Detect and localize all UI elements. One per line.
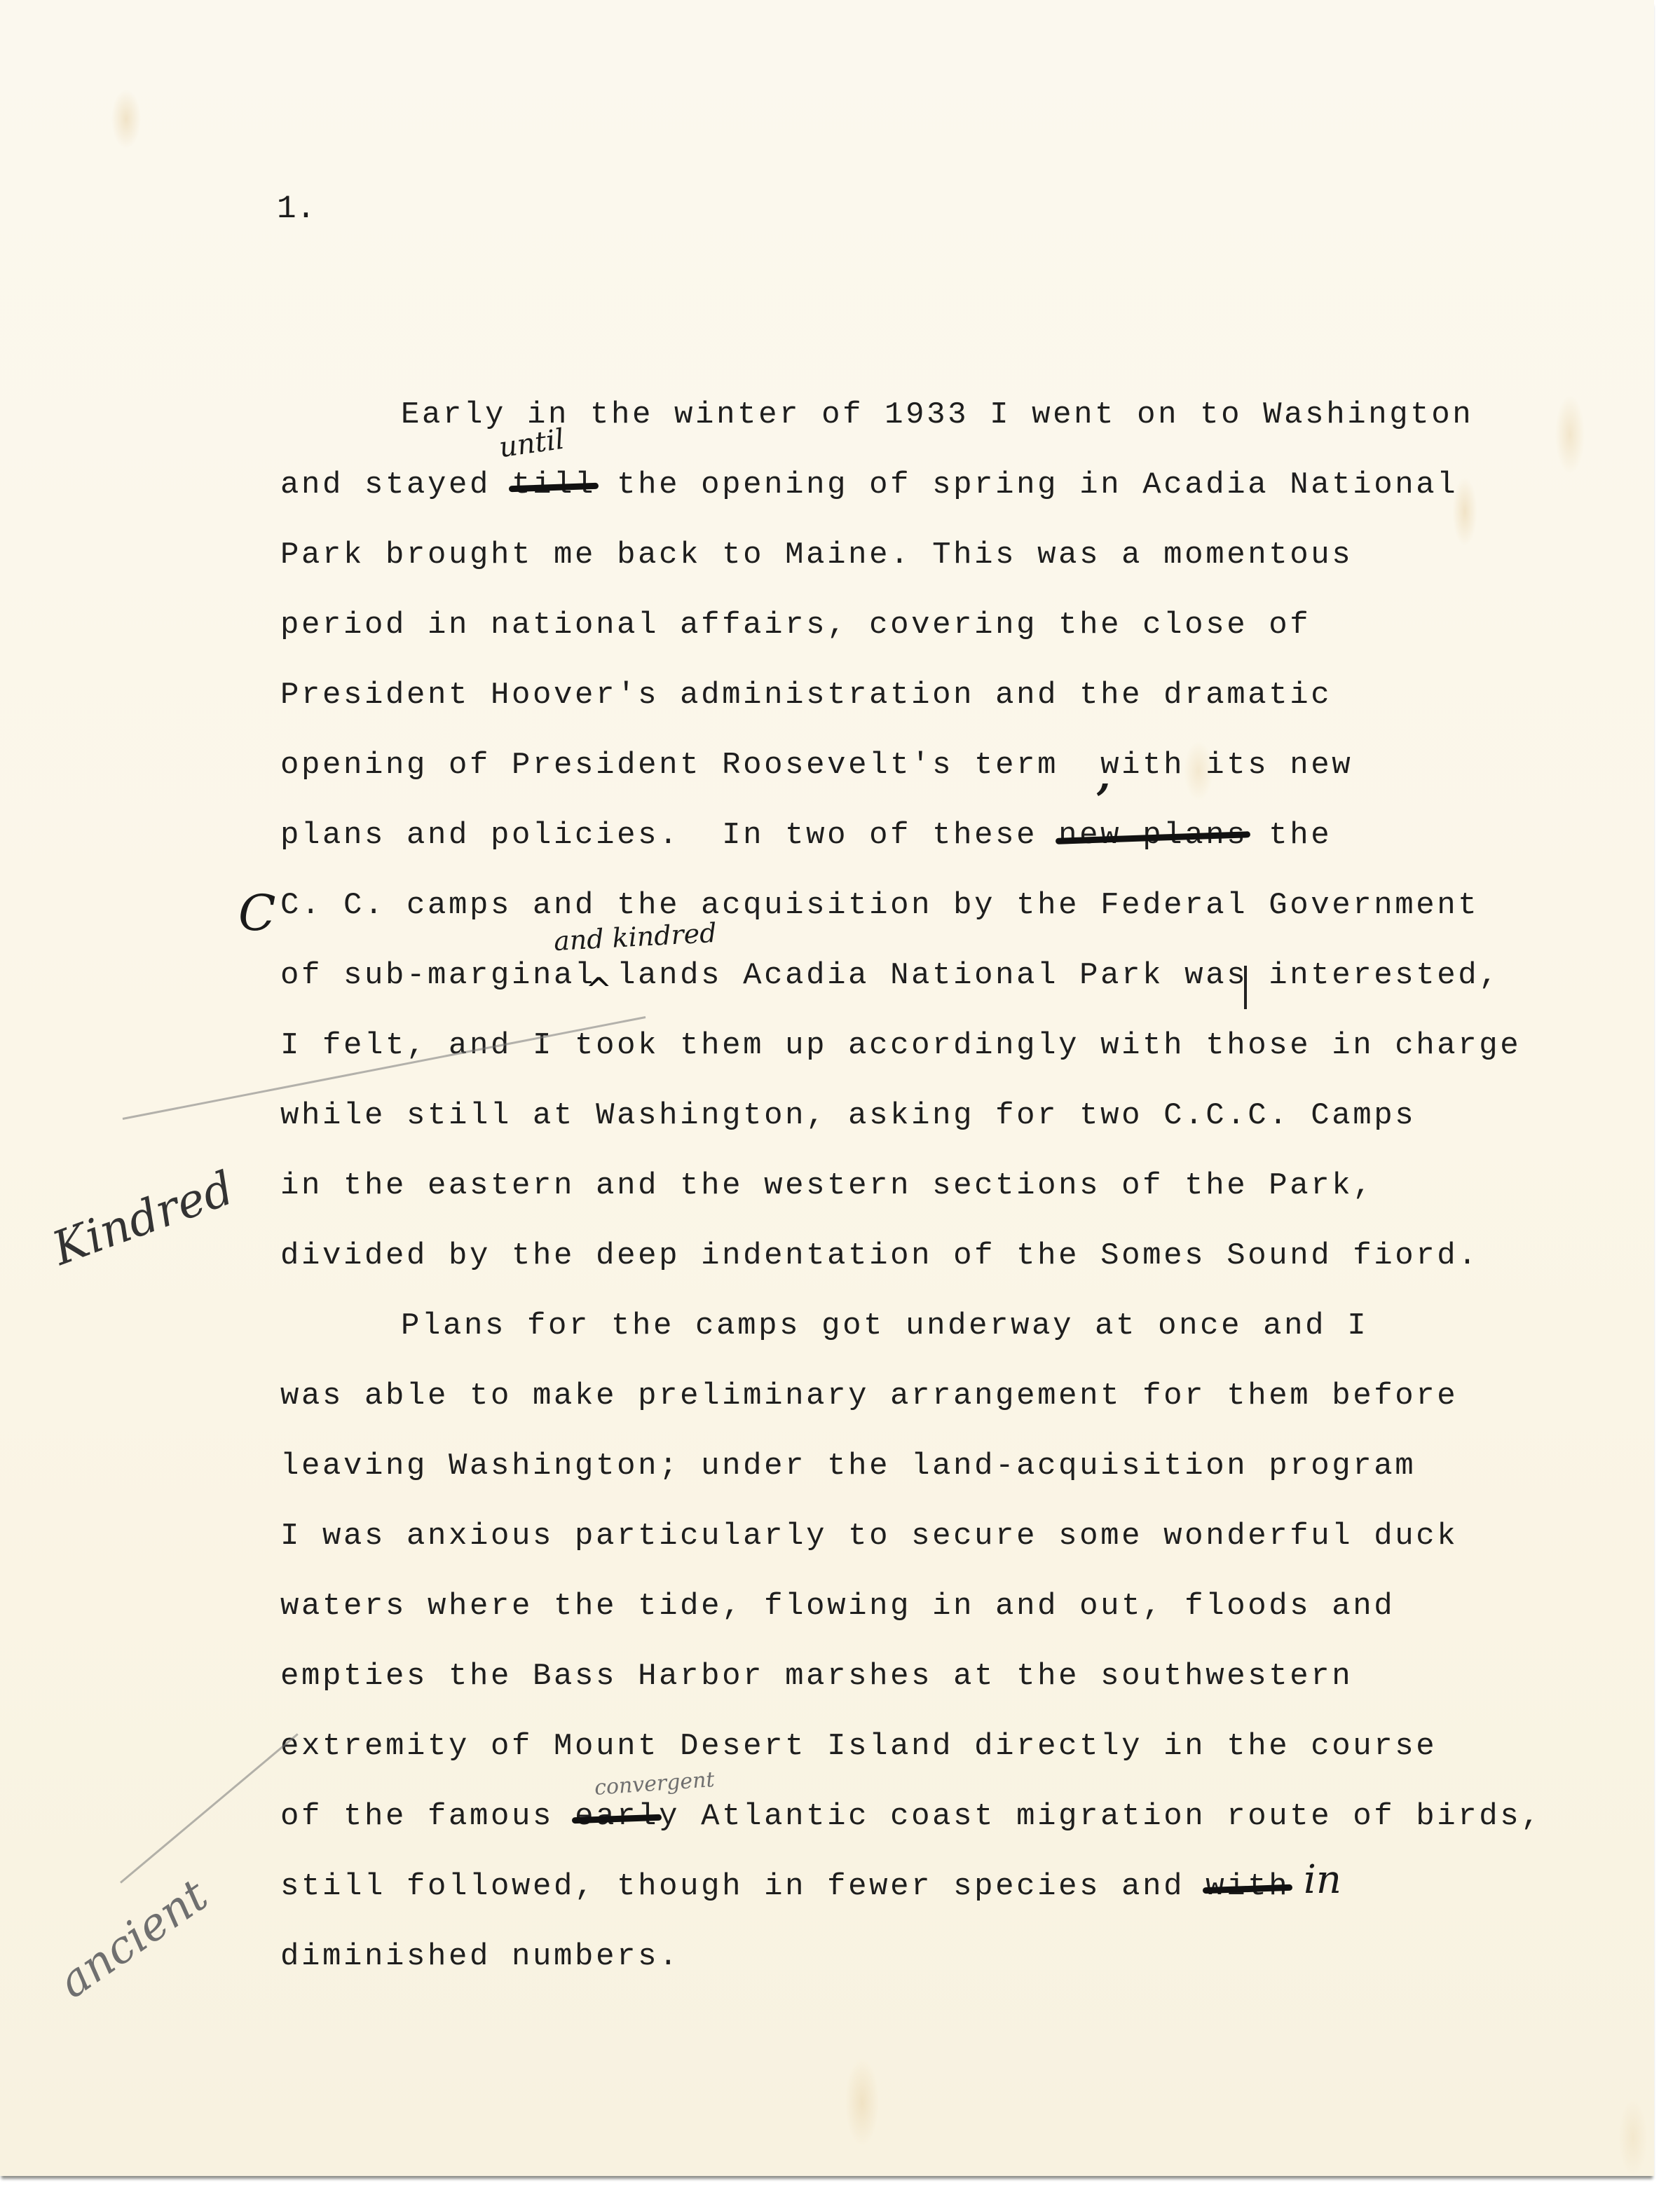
text-line: empties the Bass Harbor marshes at the s… bbox=[280, 1661, 1353, 1692]
text-segment: the bbox=[1248, 818, 1332, 853]
text-line: extremity of Mount Desert Island directl… bbox=[280, 1731, 1437, 1762]
text-line: Park brought me back to Maine. This was … bbox=[280, 540, 1353, 570]
struck-word: till bbox=[512, 467, 596, 502]
text-line: of the famous early Atlantic coast migra… bbox=[280, 1801, 1542, 1832]
text-line: divided by the deep indentation of the S… bbox=[280, 1240, 1479, 1271]
text-segment: still followed, though in fewer species … bbox=[280, 1869, 1206, 1904]
insertion-caret: ^ bbox=[585, 971, 613, 1008]
text-line: leaving Washington; under the land-acqui… bbox=[280, 1451, 1416, 1481]
text-segment: y Atlantic coast migration route of bird… bbox=[659, 1799, 1542, 1834]
text-line: still followed, though in fewer species … bbox=[280, 1871, 1290, 1902]
text-line: period in national affairs, covering the… bbox=[280, 610, 1311, 641]
handwritten-in: in bbox=[1304, 1857, 1341, 1903]
text-line: was able to make preliminary arrangement… bbox=[280, 1381, 1458, 1411]
text-line: in the eastern and the western sections … bbox=[280, 1170, 1374, 1201]
text-segment: of the famous bbox=[280, 1799, 575, 1834]
text-line: Plans for the camps got underway at once… bbox=[401, 1310, 1368, 1341]
struck-word: earl bbox=[575, 1799, 659, 1834]
text-line: of sub-marginal lands Acadia National Pa… bbox=[280, 960, 1500, 991]
word-separator-mark bbox=[1244, 966, 1247, 1009]
text-segment: the opening of spring in Acadia National bbox=[596, 467, 1458, 502]
text-line: opening of President Roosevelt's term wi… bbox=[280, 750, 1353, 781]
text-segment: and stayed bbox=[280, 467, 512, 502]
text-line: I was anxious particularly to secure som… bbox=[280, 1521, 1458, 1552]
text-line: I felt, and I took them up accordingly w… bbox=[280, 1030, 1521, 1061]
handwritten-c-insert: C bbox=[238, 884, 276, 942]
handwritten-comma: , bbox=[1097, 753, 1111, 800]
text-line: President Hoover's administration and th… bbox=[280, 680, 1332, 711]
text-segment: plans and policies. In two of these bbox=[280, 818, 1058, 853]
text-line: and stayed till the opening of spring in… bbox=[280, 470, 1458, 500]
text-line: while still at Washington, asking for tw… bbox=[280, 1100, 1416, 1131]
document-page: 1. Early in the winter of 1933 I went on… bbox=[0, 0, 1654, 2176]
pencil-guide-line bbox=[120, 1733, 299, 1883]
text-line: diminished numbers. bbox=[280, 1941, 680, 1972]
text-line: C. C. camps and the acquisition by the F… bbox=[280, 890, 1479, 921]
margin-note-kindred: Kindred bbox=[46, 1161, 240, 1275]
text-line: plans and policies. In two of these new … bbox=[280, 820, 1332, 851]
text-line: waters where the tide, flowing in and ou… bbox=[280, 1591, 1395, 1622]
struck-word: with bbox=[1206, 1869, 1290, 1904]
margin-note-ancient: ancient bbox=[50, 1870, 217, 2009]
handwritten-and-kindred: and kindred bbox=[553, 917, 717, 957]
struck-phrase: new plans bbox=[1058, 818, 1248, 853]
page-number: 1. bbox=[277, 191, 315, 227]
handwritten-convergent: convergent bbox=[594, 1767, 716, 1800]
